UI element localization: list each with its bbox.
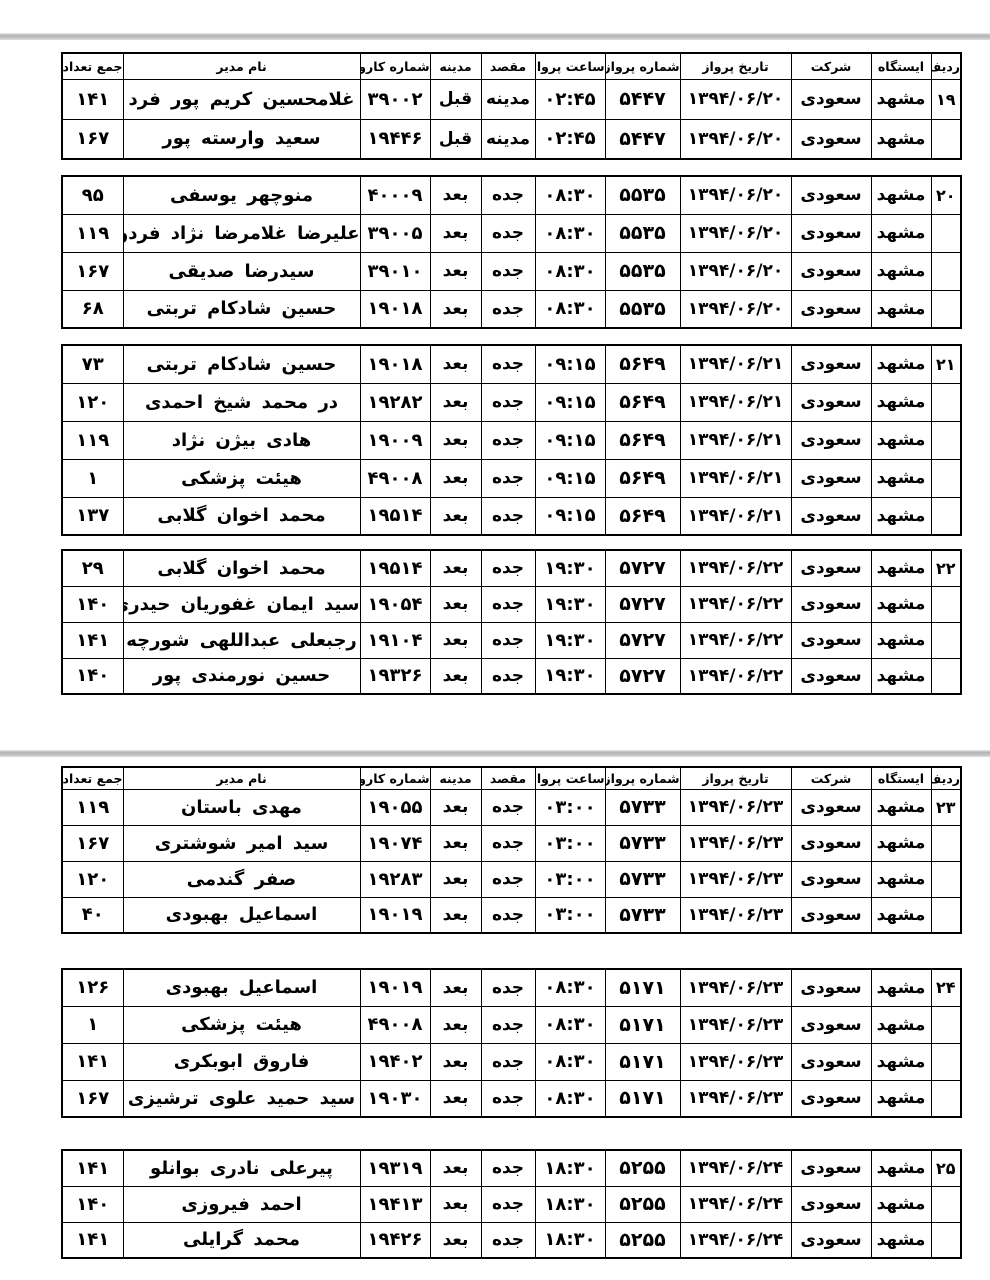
cell-medina: بعد — [430, 1186, 481, 1222]
cell-destination: جده — [481, 825, 535, 861]
cell-total_count: ۱۶۷ — [62, 252, 123, 290]
cell-station: مشهد — [871, 622, 931, 658]
cell-company: سعودی — [791, 789, 871, 825]
cell-caravan_no: ۳۹۰۰۲ — [360, 79, 430, 119]
cell-medina: بعد — [430, 345, 481, 383]
cell-manager_name: احمد فیروزی — [123, 1186, 360, 1222]
flight-group-table: ۲۰مشهدسعودی۱۳۹۴/۰۶/۲۰۵۵۳۵۰۸:۳۰جدهبعد۴۰۰۰… — [61, 175, 962, 329]
cell-station: مشهد — [871, 550, 931, 586]
column-header-destination: مقصد — [481, 53, 535, 79]
cell-flight_no: ۵۴۴۷ — [605, 79, 680, 119]
column-header-total_count: جمع تعداد — [62, 767, 123, 789]
cell-station: مشهد — [871, 1006, 931, 1043]
cell-flight_time: ۰۹:۱۵ — [535, 497, 605, 535]
table-row: مشهدسعودی۱۳۹۴/۰۶/۲۳۵۱۷۱۰۸:۳۰جدهبعد۴۹۰۰۸ه… — [62, 1006, 961, 1043]
table-row: مشهدسعودی۱۳۹۴/۰۶/۲۱۵۶۴۹۰۹:۱۵جدهبعد۱۹۵۱۴م… — [62, 497, 961, 535]
table-row: ۱۹مشهدسعودی۱۳۹۴/۰۶/۲۰۵۴۴۷۰۲:۴۵مدینهقبل۳۹… — [62, 79, 961, 119]
cell-station: مشهد — [871, 969, 931, 1006]
cell-company: سعودی — [791, 825, 871, 861]
cell-caravan_no: ۱۹۲۸۲ — [360, 383, 430, 421]
table-row: مشهدسعودی۱۳۹۴/۰۶/۲۲۵۷۲۷۱۹:۳۰جدهبعد۱۹۱۰۴ر… — [62, 622, 961, 658]
column-header-manager_name: نام مدیر — [123, 767, 360, 789]
flight-group-table: ۲۲مشهدسعودی۱۳۹۴/۰۶/۲۲۵۷۲۷۱۹:۳۰جدهبعد۱۹۵۱… — [61, 549, 962, 695]
cell-flight_date: ۱۳۹۴/۰۶/۲۳ — [680, 789, 791, 825]
cell-flight_date: ۱۳۹۴/۰۶/۲۱ — [680, 459, 791, 497]
cell-company: سعودی — [791, 861, 871, 897]
cell-total_count: ۴۰ — [62, 897, 123, 933]
table-row: مشهدسعودی۱۳۹۴/۰۶/۲۲۵۷۲۷۱۹:۳۰جدهبعد۱۹۰۵۴س… — [62, 586, 961, 622]
column-header-caravan_no: شماره کاروان — [360, 767, 430, 789]
column-header-company: شرکت — [791, 767, 871, 789]
cell-flight_time: ۰۲:۴۵ — [535, 119, 605, 159]
cell-destination: جده — [481, 1150, 535, 1186]
cell-company: سعودی — [791, 550, 871, 586]
cell-row_no — [931, 459, 961, 497]
cell-row_no: ۲۴ — [931, 969, 961, 1006]
cell-station: مشهد — [871, 1080, 931, 1117]
cell-flight_date: ۱۳۹۴/۰۶/۲۴ — [680, 1150, 791, 1186]
cell-flight_time: ۰۸:۳۰ — [535, 176, 605, 214]
cell-destination: جده — [481, 176, 535, 214]
column-header-flight_date: تاریخ پرواز — [680, 53, 791, 79]
table-row: مشهدسعودی۱۳۹۴/۰۶/۲۳۵۷۳۳۰۳:۰۰جدهبعد۱۹۰۷۴س… — [62, 825, 961, 861]
cell-flight_no: ۵۷۲۷ — [605, 586, 680, 622]
cell-flight_date: ۱۳۹۴/۰۶/۲۳ — [680, 1006, 791, 1043]
cell-total_count: ۱۴۰ — [62, 1186, 123, 1222]
cell-destination: مدینه — [481, 119, 535, 159]
cell-row_no — [931, 290, 961, 328]
cell-flight_time: ۰۸:۳۰ — [535, 969, 605, 1006]
cell-flight_time: ۰۲:۴۵ — [535, 79, 605, 119]
cell-station: مشهد — [871, 383, 931, 421]
cell-row_no: ۱۹ — [931, 79, 961, 119]
table-row: ۲۴مشهدسعودی۱۳۹۴/۰۶/۲۳۵۱۷۱۰۸:۳۰جدهبعد۱۹۰۱… — [62, 969, 961, 1006]
cell-company: سعودی — [791, 459, 871, 497]
cell-flight_time: ۰۹:۱۵ — [535, 459, 605, 497]
table-row: ۲۱مشهدسعودی۱۳۹۴/۰۶/۲۱۵۶۴۹۰۹:۱۵جدهبعد۱۹۰۱… — [62, 345, 961, 383]
cell-row_no: ۲۱ — [931, 345, 961, 383]
flight-table-section-1: ردیفایستگاهشرکتتاریخ پروازشماره پروازساع… — [0, 52, 990, 695]
cell-row_no — [931, 497, 961, 535]
cell-caravan_no: ۱۹۰۵۵ — [360, 789, 430, 825]
cell-flight_time: ۱۸:۳۰ — [535, 1186, 605, 1222]
cell-total_count: ۱۴۱ — [62, 79, 123, 119]
cell-flight_date: ۱۳۹۴/۰۶/۲۰ — [680, 214, 791, 252]
cell-flight_no: ۵۵۳۵ — [605, 252, 680, 290]
cell-destination: جده — [481, 214, 535, 252]
cell-company: سعودی — [791, 214, 871, 252]
cell-flight_date: ۱۳۹۴/۰۶/۲۰ — [680, 252, 791, 290]
cell-total_count: ۹۵ — [62, 176, 123, 214]
cell-station: مشهد — [871, 176, 931, 214]
cell-manager_name: سید حمید علوی ترشیزی — [123, 1080, 360, 1117]
cell-flight_date: ۱۳۹۴/۰۶/۲۴ — [680, 1222, 791, 1258]
cell-manager_name: اسماعیل بهبودی — [123, 897, 360, 933]
cell-flight_time: ۱۹:۳۰ — [535, 550, 605, 586]
table-row: مشهدسعودی۱۳۹۴/۰۶/۲۳۵۷۳۳۰۳:۰۰جدهبعد۱۹۲۸۳ص… — [62, 861, 961, 897]
cell-company: سعودی — [791, 290, 871, 328]
cell-flight_date: ۱۳۹۴/۰۶/۲۳ — [680, 861, 791, 897]
cell-station: مشهد — [871, 789, 931, 825]
cell-total_count: ۱۶۷ — [62, 1080, 123, 1117]
cell-total_count: ۱۴۱ — [62, 1222, 123, 1258]
cell-manager_name: فاروق ابوبکری — [123, 1043, 360, 1080]
cell-flight_time: ۰۸:۳۰ — [535, 252, 605, 290]
cell-flight_time: ۱۸:۳۰ — [535, 1222, 605, 1258]
cell-station: مشهد — [871, 1222, 931, 1258]
cell-flight_time: ۰۳:۰۰ — [535, 789, 605, 825]
cell-manager_name: علیرضا غلامرضا نژاد فردوسی — [123, 214, 360, 252]
cell-manager_name: حسین نورمندی پور — [123, 658, 360, 694]
cell-caravan_no: ۱۹۰۳۰ — [360, 1080, 430, 1117]
cell-station: مشهد — [871, 897, 931, 933]
cell-station: مشهد — [871, 497, 931, 535]
cell-row_no — [931, 861, 961, 897]
cell-company: سعودی — [791, 252, 871, 290]
cell-row_no — [931, 252, 961, 290]
cell-row_no: ۲۳ — [931, 789, 961, 825]
cell-company: سعودی — [791, 1043, 871, 1080]
cell-destination: جده — [481, 969, 535, 1006]
cell-total_count: ۱۲۶ — [62, 969, 123, 1006]
header-row: ردیفایستگاهشرکتتاریخ پروازشماره پروازساع… — [62, 767, 961, 789]
cell-station: مشهد — [871, 1186, 931, 1222]
cell-flight_no: ۵۱۷۱ — [605, 969, 680, 1006]
flight-group-table: ۲۴مشهدسعودی۱۳۹۴/۰۶/۲۳۵۱۷۱۰۸:۳۰جدهبعد۱۹۰۱… — [61, 968, 962, 1118]
cell-flight_time: ۱۹:۳۰ — [535, 658, 605, 694]
column-header-flight_date: تاریخ پرواز — [680, 767, 791, 789]
cell-caravan_no: ۱۹۰۱۸ — [360, 290, 430, 328]
column-header-total_count: جمع تعداد — [62, 53, 123, 79]
cell-medina: بعد — [430, 1006, 481, 1043]
cell-flight_no: ۵۲۵۵ — [605, 1222, 680, 1258]
cell-flight_no: ۵۶۴۹ — [605, 421, 680, 459]
cell-total_count: ۲۹ — [62, 550, 123, 586]
cell-medina: قبل — [430, 79, 481, 119]
cell-row_no — [931, 1043, 961, 1080]
cell-row_no: ۲۲ — [931, 550, 961, 586]
cell-flight_date: ۱۳۹۴/۰۶/۲۱ — [680, 383, 791, 421]
cell-medina: بعد — [430, 383, 481, 421]
cell-medina: بعد — [430, 861, 481, 897]
cell-destination: جده — [481, 497, 535, 535]
cell-destination: جده — [481, 550, 535, 586]
flight-group-table: ۲۵مشهدسعودی۱۳۹۴/۰۶/۲۴۵۲۵۵۱۸:۳۰جدهبعد۱۹۳۱… — [61, 1149, 962, 1259]
cell-caravan_no: ۱۹۴۱۳ — [360, 1186, 430, 1222]
cell-flight_no: ۵۷۳۳ — [605, 861, 680, 897]
cell-caravan_no: ۱۹۰۱۹ — [360, 897, 430, 933]
cell-row_no — [931, 825, 961, 861]
column-header-medina: مدینه — [430, 53, 481, 79]
page-break-bar-middle — [0, 750, 990, 757]
cell-medina: بعد — [430, 421, 481, 459]
cell-flight_no: ۵۷۳۳ — [605, 825, 680, 861]
cell-company: سعودی — [791, 897, 871, 933]
cell-flight_no: ۵۷۳۳ — [605, 897, 680, 933]
cell-medina: بعد — [430, 825, 481, 861]
cell-flight_time: ۱۹:۳۰ — [535, 622, 605, 658]
cell-caravan_no: ۴۹۰۰۸ — [360, 1006, 430, 1043]
cell-manager_name: هیئت پزشکی — [123, 1006, 360, 1043]
cell-destination: جده — [481, 1006, 535, 1043]
cell-total_count: ۱۲۰ — [62, 861, 123, 897]
cell-medina: بعد — [430, 214, 481, 252]
cell-total_count: ۷۳ — [62, 345, 123, 383]
cell-row_no — [931, 1006, 961, 1043]
cell-flight_date: ۱۳۹۴/۰۶/۲۱ — [680, 421, 791, 459]
cell-total_count: ۱۴۱ — [62, 622, 123, 658]
cell-total_count: ۱۱۹ — [62, 421, 123, 459]
column-header-flight_no: شماره پرواز — [605, 53, 680, 79]
cell-manager_name: سید ایمان غفوریان حیدری — [123, 586, 360, 622]
cell-caravan_no: ۴۹۰۰۸ — [360, 459, 430, 497]
cell-station: مشهد — [871, 252, 931, 290]
cell-manager_name: هیئت پزشکی — [123, 459, 360, 497]
cell-row_no — [931, 1186, 961, 1222]
table-row: مشهدسعودی۱۳۹۴/۰۶/۲۰۵۴۴۷۰۲:۴۵مدینهقبل۱۹۴۴… — [62, 119, 961, 159]
cell-station: مشهد — [871, 861, 931, 897]
cell-total_count: ۱۲۰ — [62, 383, 123, 421]
cell-caravan_no: ۱۹۴۴۶ — [360, 119, 430, 159]
cell-station: مشهد — [871, 79, 931, 119]
cell-flight_date: ۱۳۹۴/۰۶/۲۰ — [680, 79, 791, 119]
cell-destination: جده — [481, 345, 535, 383]
cell-flight_date: ۱۳۹۴/۰۶/۲۱ — [680, 497, 791, 535]
cell-total_count: ۱۶۷ — [62, 119, 123, 159]
cell-flight_date: ۱۳۹۴/۰۶/۲۳ — [680, 1043, 791, 1080]
cell-medina: بعد — [430, 897, 481, 933]
cell-caravan_no: ۱۹۳۲۶ — [360, 658, 430, 694]
cell-flight_no: ۵۱۷۱ — [605, 1006, 680, 1043]
header-row: ردیفایستگاهشرکتتاریخ پروازشماره پروازساع… — [62, 53, 961, 79]
cell-caravan_no: ۱۹۱۰۴ — [360, 622, 430, 658]
flight-table-section-2: ردیفایستگاهشرکتتاریخ پروازشماره پروازساع… — [0, 766, 990, 1259]
cell-company: سعودی — [791, 658, 871, 694]
column-header-station: ایستگاه — [871, 53, 931, 79]
cell-caravan_no: ۱۹۴۰۲ — [360, 1043, 430, 1080]
column-header-destination: مقصد — [481, 767, 535, 789]
cell-company: سعودی — [791, 1080, 871, 1117]
cell-manager_name: صفر گندمی — [123, 861, 360, 897]
cell-manager_name: پیرعلی نادری بوانلو — [123, 1150, 360, 1186]
column-header-medina: مدینه — [430, 767, 481, 789]
cell-manager_name: سیدرضا صدیقی — [123, 252, 360, 290]
cell-flight_no: ۵۵۳۵ — [605, 176, 680, 214]
cell-company: سعودی — [791, 622, 871, 658]
column-header-manager_name: نام مدیر — [123, 53, 360, 79]
cell-station: مشهد — [871, 290, 931, 328]
cell-medina: بعد — [430, 1080, 481, 1117]
table-row: مشهدسعودی۱۳۹۴/۰۶/۲۳۵۱۷۱۰۸:۳۰جدهبعد۱۹۰۳۰س… — [62, 1080, 961, 1117]
cell-manager_name: مهدی باستان — [123, 789, 360, 825]
cell-company: سعودی — [791, 1150, 871, 1186]
cell-destination: جده — [481, 252, 535, 290]
cell-total_count: ۱۳۷ — [62, 497, 123, 535]
cell-caravan_no: ۱۹۳۱۹ — [360, 1150, 430, 1186]
cell-flight_no: ۵۶۴۹ — [605, 459, 680, 497]
column-header-company: شرکت — [791, 53, 871, 79]
table-row: ۲۲مشهدسعودی۱۳۹۴/۰۶/۲۲۵۷۲۷۱۹:۳۰جدهبعد۱۹۵۱… — [62, 550, 961, 586]
cell-flight_date: ۱۳۹۴/۰۶/۲۲ — [680, 658, 791, 694]
cell-flight_time: ۱۸:۳۰ — [535, 1150, 605, 1186]
cell-flight_no: ۵۲۵۵ — [605, 1150, 680, 1186]
cell-company: سعودی — [791, 1006, 871, 1043]
cell-row_no: ۲۰ — [931, 176, 961, 214]
cell-flight_time: ۰۳:۰۰ — [535, 825, 605, 861]
cell-manager_name: محمد اخوان گلابی — [123, 497, 360, 535]
cell-manager_name: سعید وارسته پور — [123, 119, 360, 159]
cell-flight_date: ۱۳۹۴/۰۶/۲۲ — [680, 586, 791, 622]
cell-company: سعودی — [791, 119, 871, 159]
cell-destination: جده — [481, 290, 535, 328]
cell-medina: قبل — [430, 119, 481, 159]
cell-total_count: ۱ — [62, 459, 123, 497]
cell-medina: بعد — [430, 658, 481, 694]
cell-station: مشهد — [871, 421, 931, 459]
cell-company: سعودی — [791, 586, 871, 622]
cell-destination: جده — [481, 897, 535, 933]
cell-flight_date: ۱۳۹۴/۰۶/۲۰ — [680, 119, 791, 159]
cell-caravan_no: ۴۰۰۰۹ — [360, 176, 430, 214]
cell-flight_date: ۱۳۹۴/۰۶/۲۴ — [680, 1186, 791, 1222]
cell-flight_date: ۱۳۹۴/۰۶/۲۰ — [680, 290, 791, 328]
cell-company: سعودی — [791, 1222, 871, 1258]
cell-flight_date: ۱۳۹۴/۰۶/۲۳ — [680, 1080, 791, 1117]
cell-company: سعودی — [791, 497, 871, 535]
cell-total_count: ۱۴۰ — [62, 658, 123, 694]
table-row: مشهدسعودی۱۳۹۴/۰۶/۲۱۵۶۴۹۰۹:۱۵جدهبعد۱۹۰۰۹ه… — [62, 421, 961, 459]
cell-caravan_no: ۱۹۰۰۹ — [360, 421, 430, 459]
table-row: مشهدسعودی۱۳۹۴/۰۶/۲۰۵۵۳۵۰۸:۳۰جدهبعد۳۹۰۰۵ع… — [62, 214, 961, 252]
table-row: مشهدسعودی۱۳۹۴/۰۶/۲۱۵۶۴۹۰۹:۱۵جدهبعد۱۹۲۸۲د… — [62, 383, 961, 421]
cell-flight_no: ۵۶۴۹ — [605, 497, 680, 535]
cell-station: مشهد — [871, 459, 931, 497]
cell-caravan_no: ۳۹۰۱۰ — [360, 252, 430, 290]
cell-caravan_no: ۱۹۰۵۴ — [360, 586, 430, 622]
cell-medina: بعد — [430, 622, 481, 658]
flight-group-table: ۲۱مشهدسعودی۱۳۹۴/۰۶/۲۱۵۶۴۹۰۹:۱۵جدهبعد۱۹۰۱… — [61, 344, 962, 536]
cell-destination: جده — [481, 789, 535, 825]
cell-flight_time: ۰۹:۱۵ — [535, 383, 605, 421]
cell-flight_date: ۱۳۹۴/۰۶/۲۳ — [680, 897, 791, 933]
cell-destination: جده — [481, 383, 535, 421]
cell-flight_no: ۵۴۴۷ — [605, 119, 680, 159]
cell-medina: بعد — [430, 252, 481, 290]
cell-flight_no: ۵۱۷۱ — [605, 1043, 680, 1080]
table-row: مشهدسعودی۱۳۹۴/۰۶/۲۴۵۲۵۵۱۸:۳۰جدهبعد۱۹۴۲۶م… — [62, 1222, 961, 1258]
cell-destination: مدینه — [481, 79, 535, 119]
cell-total_count: ۱۴۱ — [62, 1043, 123, 1080]
cell-row_no — [931, 897, 961, 933]
cell-medina: بعد — [430, 1043, 481, 1080]
cell-manager_name: منوچهر یوسفی — [123, 176, 360, 214]
table-row: ۲۳مشهدسعودی۱۳۹۴/۰۶/۲۳۵۷۳۳۰۳:۰۰جدهبعد۱۹۰۵… — [62, 789, 961, 825]
cell-destination: جده — [481, 586, 535, 622]
cell-total_count: ۱۴۱ — [62, 1150, 123, 1186]
cell-medina: بعد — [430, 290, 481, 328]
cell-flight_time: ۰۳:۰۰ — [535, 897, 605, 933]
cell-flight_time: ۰۳:۰۰ — [535, 861, 605, 897]
table-row: مشهدسعودی۱۳۹۴/۰۶/۲۳۵۱۷۱۰۸:۳۰جدهبعد۱۹۴۰۲ف… — [62, 1043, 961, 1080]
cell-caravan_no: ۱۹۵۱۴ — [360, 550, 430, 586]
cell-row_no — [931, 1080, 961, 1117]
cell-medina: بعد — [430, 1150, 481, 1186]
table-row: مشهدسعودی۱۳۹۴/۰۶/۲۰۵۵۳۵۰۸:۳۰جدهبعد۱۹۰۱۸ح… — [62, 290, 961, 328]
cell-manager_name: غلامحسین کریم پور فرد — [123, 79, 360, 119]
column-header-row_no: ردیف — [931, 767, 961, 789]
cell-flight_date: ۱۳۹۴/۰۶/۲۰ — [680, 176, 791, 214]
flight-group-table: ردیفایستگاهشرکتتاریخ پروازشماره پروازساع… — [61, 52, 962, 160]
cell-total_count: ۱ — [62, 1006, 123, 1043]
cell-flight_no: ۵۵۳۵ — [605, 214, 680, 252]
cell-station: مشهد — [871, 658, 931, 694]
cell-flight_time: ۰۸:۳۰ — [535, 290, 605, 328]
cell-flight_no: ۵۱۷۱ — [605, 1080, 680, 1117]
cell-destination: جده — [481, 421, 535, 459]
table-row: مشهدسعودی۱۳۹۴/۰۶/۲۲۵۷۲۷۱۹:۳۰جدهبعد۱۹۳۲۶ح… — [62, 658, 961, 694]
cell-row_no — [931, 214, 961, 252]
cell-company: سعودی — [791, 421, 871, 459]
cell-company: سعودی — [791, 176, 871, 214]
cell-destination: جده — [481, 459, 535, 497]
cell-flight_time: ۰۸:۳۰ — [535, 1043, 605, 1080]
cell-manager_name: محمد گرایلی — [123, 1222, 360, 1258]
cell-caravan_no: ۳۹۰۰۵ — [360, 214, 430, 252]
cell-station: مشهد — [871, 825, 931, 861]
cell-flight_date: ۱۳۹۴/۰۶/۲۳ — [680, 969, 791, 1006]
cell-total_count: ۱۱۹ — [62, 789, 123, 825]
cell-flight_no: ۵۷۳۳ — [605, 789, 680, 825]
cell-flight_time: ۰۸:۳۰ — [535, 1080, 605, 1117]
cell-row_no — [931, 119, 961, 159]
cell-company: سعودی — [791, 1186, 871, 1222]
cell-destination: جده — [481, 1080, 535, 1117]
cell-row_no — [931, 622, 961, 658]
cell-manager_name: در محمد شیخ احمدی — [123, 383, 360, 421]
cell-manager_name: حسین شادکام تربتی — [123, 345, 360, 383]
column-header-flight_time: ساعت پرواز — [535, 53, 605, 79]
cell-destination: جده — [481, 658, 535, 694]
cell-flight_no: ۵۲۵۵ — [605, 1186, 680, 1222]
cell-flight_no: ۵۷۲۷ — [605, 658, 680, 694]
hajj-flight-schedule-document: { "colors": { "page_background": "#fffff… — [0, 0, 990, 1280]
cell-medina: بعد — [430, 550, 481, 586]
table-row: مشهدسعودی۱۳۹۴/۰۶/۲۳۵۷۳۳۰۳:۰۰جدهبعد۱۹۰۱۹ا… — [62, 897, 961, 933]
cell-medina: بعد — [430, 176, 481, 214]
table-row: ۲۰مشهدسعودی۱۳۹۴/۰۶/۲۰۵۵۳۵۰۸:۳۰جدهبعد۴۰۰۰… — [62, 176, 961, 214]
table-row: ۲۵مشهدسعودی۱۳۹۴/۰۶/۲۴۵۲۵۵۱۸:۳۰جدهبعد۱۹۳۱… — [62, 1150, 961, 1186]
cell-destination: جده — [481, 1222, 535, 1258]
cell-medina: بعد — [430, 459, 481, 497]
cell-row_no — [931, 586, 961, 622]
cell-flight_time: ۰۸:۳۰ — [535, 214, 605, 252]
cell-station: مشهد — [871, 345, 931, 383]
cell-total_count: ۱۱۹ — [62, 214, 123, 252]
column-header-caravan_no: شماره کاروان — [360, 53, 430, 79]
table-row: مشهدسعودی۱۳۹۴/۰۶/۲۰۵۵۳۵۰۸:۳۰جدهبعد۳۹۰۱۰س… — [62, 252, 961, 290]
cell-flight_date: ۱۳۹۴/۰۶/۲۲ — [680, 550, 791, 586]
cell-station: مشهد — [871, 586, 931, 622]
column-header-station: ایستگاه — [871, 767, 931, 789]
cell-destination: جده — [481, 1186, 535, 1222]
cell-row_no — [931, 421, 961, 459]
column-header-flight_time: ساعت پرواز — [535, 767, 605, 789]
cell-medina: بعد — [430, 497, 481, 535]
cell-caravan_no: ۱۹۰۱۸ — [360, 345, 430, 383]
cell-manager_name: هادی بیژن نژاد — [123, 421, 360, 459]
cell-row_no — [931, 658, 961, 694]
cell-total_count: ۶۸ — [62, 290, 123, 328]
